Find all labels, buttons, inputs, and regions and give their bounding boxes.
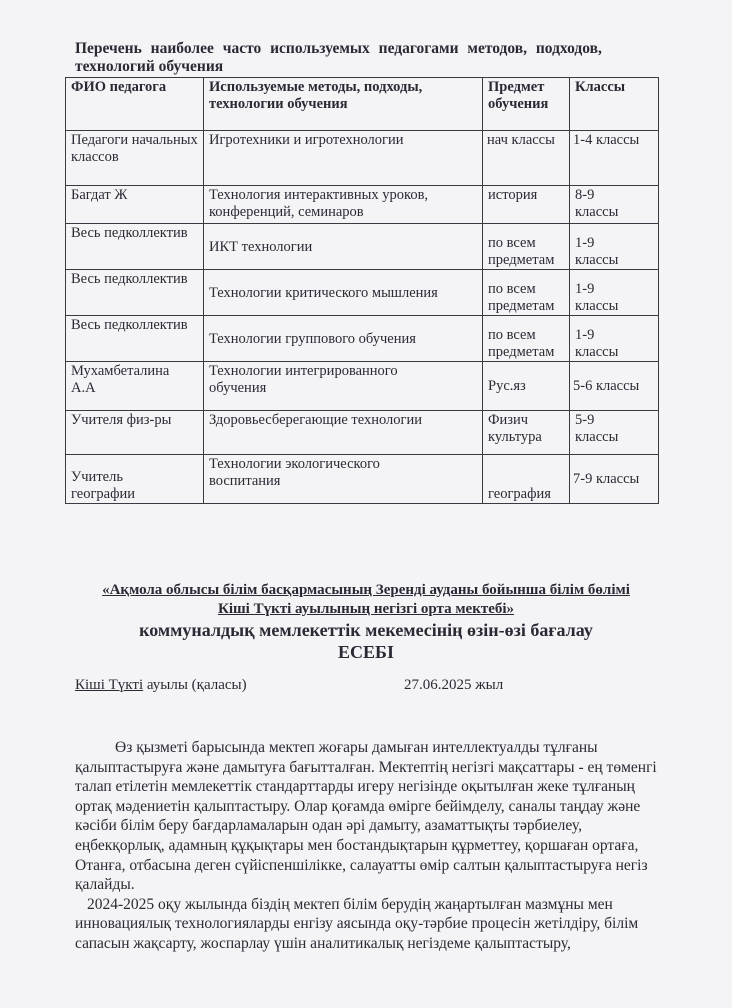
report-date: 27.06.2025 жыл — [404, 677, 503, 694]
header-grades: Классы — [570, 78, 659, 131]
table-row: Весь педколлектив Технологии критическог… — [66, 270, 659, 316]
header-teacher: ФИО педагога — [66, 78, 204, 131]
cell-grades: 1-9 классы — [570, 224, 659, 270]
header-method: Используемые методы, подходы, технологии… — [204, 78, 483, 131]
cell-teacher: Педагоги начальных классов — [66, 131, 204, 186]
village-name: Кіші Түкті — [75, 677, 143, 693]
cell-method: Технологии группового обучения — [204, 316, 483, 362]
cell-method: Технология интерактивных уроков, конфере… — [204, 186, 483, 224]
cell-subject: Рус.яз — [483, 362, 570, 411]
report-title-line-2: ЕСЕБІ — [60, 641, 672, 663]
cell-teacher: Весь педколлектив — [66, 224, 204, 270]
cell-grades: 8-9 классы — [570, 186, 659, 224]
document-page: Перечень наиболее часто используемых пед… — [0, 0, 732, 1008]
cell-method: ИКТ технологии — [204, 224, 483, 270]
cell-method: Игротехники и игротехнологии — [204, 131, 483, 186]
cell-grades: 7-9 классы — [570, 455, 659, 504]
table-row: Весь педколлектив ИКТ технологии по всем… — [66, 224, 659, 270]
cell-teacher: Мухамбеталина А.А — [66, 362, 204, 411]
title-line-2: технологий обучения — [75, 58, 673, 76]
cell-method: Здоровьесберегающие технологии — [204, 411, 483, 455]
place-line: Кіші Түкті ауылы (қаласы) — [75, 677, 247, 694]
cell-subject: нач классы — [483, 131, 570, 186]
cell-grades: 1-4 классы — [570, 131, 659, 186]
organization-name: «Ақмола облысы білім басқармасының Зерен… — [60, 581, 672, 619]
body-paragraph-2: 2024-2025 оқу жылында біздің мектеп білі… — [75, 895, 675, 954]
org-line-1: «Ақмола облысы білім басқармасының Зерен… — [60, 581, 672, 600]
cell-grades: 1-9 классы — [570, 316, 659, 362]
village-suffix: ауылы (қаласы) — [143, 677, 246, 693]
title-line-1: Перечень наиболее часто используемых пед… — [75, 40, 673, 58]
methods-table: ФИО педагога Используемые методы, подход… — [65, 77, 659, 504]
cell-subject: Физич культура — [483, 411, 570, 455]
cell-subject: история — [483, 186, 570, 224]
org-line-2: Кіші Түкті ауылының негізгі орта мектебі… — [60, 600, 672, 619]
cell-method: Технологии экологического воспитания — [204, 455, 483, 504]
cell-teacher: Учитель географии — [66, 455, 204, 504]
table-row: Педагоги начальных классов Игротехники и… — [66, 131, 659, 186]
table-header-row: ФИО педагога Используемые методы, подход… — [66, 78, 659, 131]
table-row: Багдат Ж Технология интерактивных уроков… — [66, 186, 659, 224]
cell-method: Технологии интегрированного обучения — [204, 362, 483, 411]
cell-grades: 5-9 классы — [570, 411, 659, 455]
table-row: Учитель географии Технологии экологическ… — [66, 455, 659, 504]
cell-teacher: Учителя физ-ры — [66, 411, 204, 455]
cell-method: Технологии критического мышления — [204, 270, 483, 316]
table-row: Мухамбеталина А.А Технологии интегрирова… — [66, 362, 659, 411]
report-body: Өз қызметі барысында мектеп жоғары дамығ… — [75, 738, 675, 954]
cell-subject: по всем предметам — [483, 224, 570, 270]
report-title-line-1: коммуналдық мемлекеттік мекемесінің өзін… — [60, 619, 672, 641]
cell-teacher: Весь педколлектив — [66, 270, 204, 316]
cell-grades: 5-6 классы — [570, 362, 659, 411]
table-row: Весь педколлектив Технологии группового … — [66, 316, 659, 362]
cell-subject: география — [483, 455, 570, 504]
table-row: Учителя физ-ры Здоровьесберегающие техно… — [66, 411, 659, 455]
cell-teacher: Багдат Ж — [66, 186, 204, 224]
methods-list-title: Перечень наиболее часто используемых пед… — [75, 40, 673, 76]
cell-grades: 1-9 классы — [570, 270, 659, 316]
body-paragraph-1: Өз қызметі барысында мектеп жоғары дамығ… — [75, 738, 675, 895]
cell-subject: по всем предметам — [483, 270, 570, 316]
report-title: коммуналдық мемлекеттік мекемесінің өзін… — [60, 619, 672, 663]
cell-teacher: Весь педколлектив — [66, 316, 204, 362]
header-subject: Предмет обучения — [483, 78, 570, 131]
cell-subject: по всем предметам — [483, 316, 570, 362]
